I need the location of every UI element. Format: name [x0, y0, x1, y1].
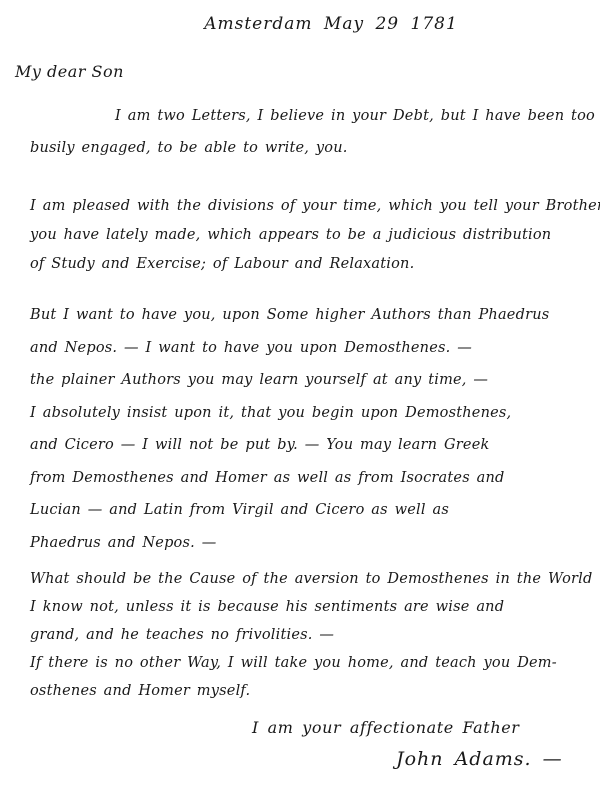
letter-line: I am pleased with the divisions of your …	[30, 192, 588, 221]
letter-paragraph-2: I am pleased with the divisions of your …	[30, 192, 588, 279]
letter-salutation: My dear Son	[15, 62, 124, 81]
letter-paragraph-4: What should be the Cause of the aversion…	[30, 565, 588, 705]
letter-paragraph-1: I am two Letters, I believe in your Debt…	[30, 100, 588, 164]
letter-line: busily engaged, to be able to write, you…	[30, 132, 588, 164]
letter-line: and Cicero — I will not be put by. — You…	[30, 429, 588, 462]
letter-line: What should be the Cause of the aversion…	[30, 565, 588, 593]
letter-line: you have lately made, which appears to b…	[30, 221, 588, 250]
letter-line: Phaedrus and Nepos. —	[30, 527, 588, 560]
letter-line: I absolutely insist upon it, that you be…	[30, 397, 588, 430]
letter-line: from Demosthenes and Homer as well as fr…	[30, 462, 588, 495]
letter-paragraph-3: But I want to have you, upon Some higher…	[30, 299, 588, 559]
letter-line: If there is no other Way, I will take yo…	[30, 649, 588, 677]
letter-line: the plainer Authors you may learn yourse…	[30, 364, 588, 397]
letter-closing: I am your affectionate Father	[252, 718, 520, 737]
letter-line: But I want to have you, upon Some higher…	[30, 299, 588, 332]
letter-line: Lucian — and Latin from Virgil and Cicer…	[30, 494, 588, 527]
handwritten-letter-page: Amsterdam May 29 1781 My dear Son I am t…	[0, 0, 600, 795]
letter-line: I know not, unless it is because his sen…	[30, 593, 588, 621]
letter-line: osthenes and Homer myself.	[30, 677, 588, 705]
letter-line: I am two Letters, I believe in your Debt…	[115, 100, 588, 132]
letter-dateline: Amsterdam May 29 1781	[0, 14, 600, 34]
letter-line: of Study and Exercise; of Labour and Rel…	[30, 250, 588, 279]
letter-line: and Nepos. — I want to have you upon Dem…	[30, 332, 588, 365]
letter-signature: John Adams. —	[396, 748, 563, 770]
letter-line: grand, and he teaches no frivolities. —	[30, 621, 588, 649]
